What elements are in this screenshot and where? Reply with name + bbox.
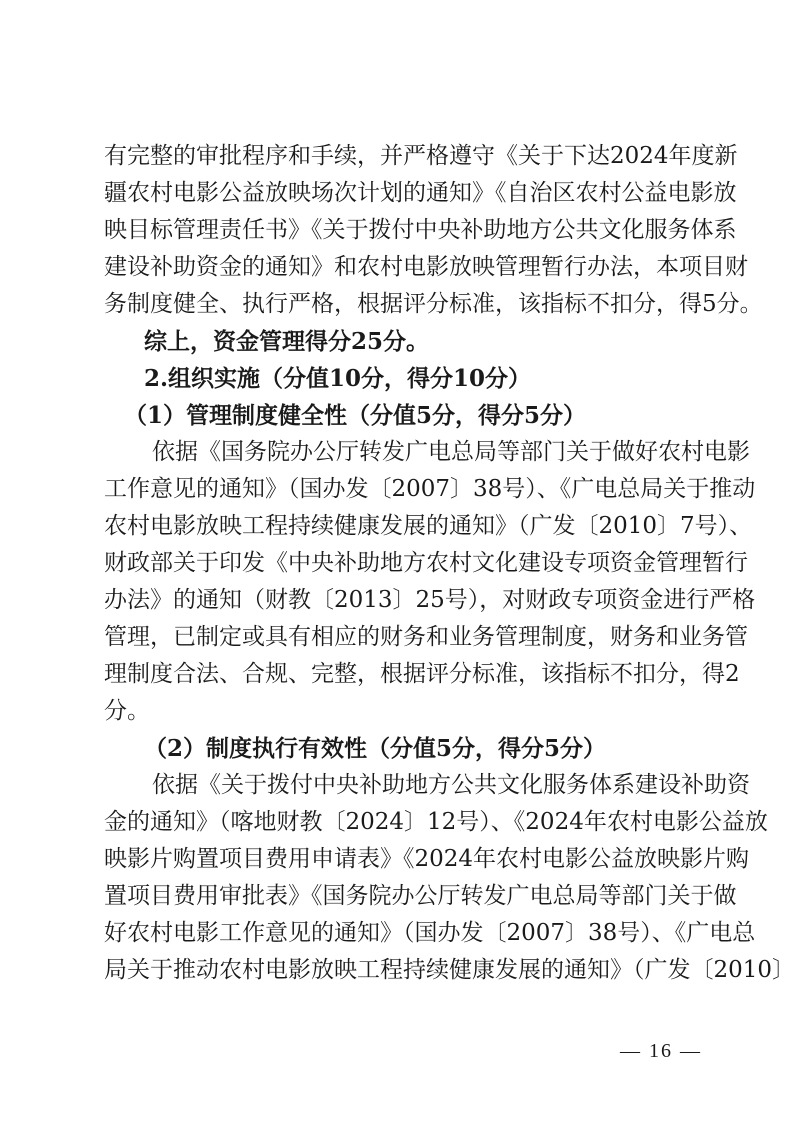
body-line: 工作意见的通知》（国办发〔2007〕38号）、《广电总局关于推动 bbox=[104, 471, 692, 508]
body-line: 有完整的审批程序和手续，并严格遵守《关于下达2024年度新 bbox=[104, 138, 692, 175]
section-heading: 2.组织实施（分值10分，得分10分） bbox=[104, 360, 692, 397]
body-line: 金的通知》（喀地财教〔2024〕12号）、《2024年农村电影公益放 bbox=[104, 804, 692, 841]
document-page: 有完整的审批程序和手续，并严格遵守《关于下达2024年度新 疆农村电影公益放映场… bbox=[104, 138, 692, 989]
body-line: 依据《关于拨付中央补助地方公共文化服务体系建设补助资 bbox=[104, 767, 692, 804]
body-line: 好农村电影工作意见的通知》（国办发〔2007〕38号）、《广电总 bbox=[104, 915, 692, 952]
body-line: 置项目费用审批表》《国务院办公厅转发广电总局等部门关于做 bbox=[104, 878, 692, 915]
body-line: 建设补助资金的通知》和农村电影放映管理暂行办法，本项目财 bbox=[104, 249, 692, 286]
body-line: 理制度合法、合规、完整，根据评分标准，该指标不扣分，得2 bbox=[104, 656, 692, 693]
page-number: — 16 — bbox=[620, 1040, 702, 1063]
body-line: 映目标管理责任书》《关于拨付中央补助地方公共文化服务体系 bbox=[104, 212, 692, 249]
body-line: 农村电影放映工程持续健康发展的通知》（广发〔2010〕7号）、 bbox=[104, 508, 692, 545]
body-line: 疆农村电影公益放映场次计划的通知》《自治区农村公益电影放 bbox=[104, 175, 692, 212]
body-line: 分。 bbox=[104, 693, 692, 730]
body-line: 财政部关于印发《中央补助地方农村文化建设专项资金管理暂行 bbox=[104, 545, 692, 582]
summary-heading: 综上，资金管理得分25分。 bbox=[104, 323, 692, 360]
body-line: 映影片购置项目费用申请表》《2024年农村电影公益放映影片购 bbox=[104, 841, 692, 878]
subsection-heading: （2）制度执行有效性（分值5分，得分5分） bbox=[104, 730, 692, 767]
body-line: 办法》的通知（财教〔2013〕25号），对财政专项资金进行严格 bbox=[104, 582, 692, 619]
body-line: 局关于推动农村电影放映工程持续健康发展的通知》（广发〔2010〕 bbox=[104, 952, 692, 989]
subsection-heading: （1）管理制度健全性（分值5分，得分5分） bbox=[104, 397, 692, 434]
body-line: 管理，已制定或具有相应的财务和业务管理制度，财务和业务管 bbox=[104, 619, 692, 656]
body-line: 务制度健全、执行严格，根据评分标准，该指标不扣分，得5分。 bbox=[104, 286, 692, 323]
body-line: 依据《国务院办公厅转发广电总局等部门关于做好农村电影 bbox=[104, 434, 692, 471]
